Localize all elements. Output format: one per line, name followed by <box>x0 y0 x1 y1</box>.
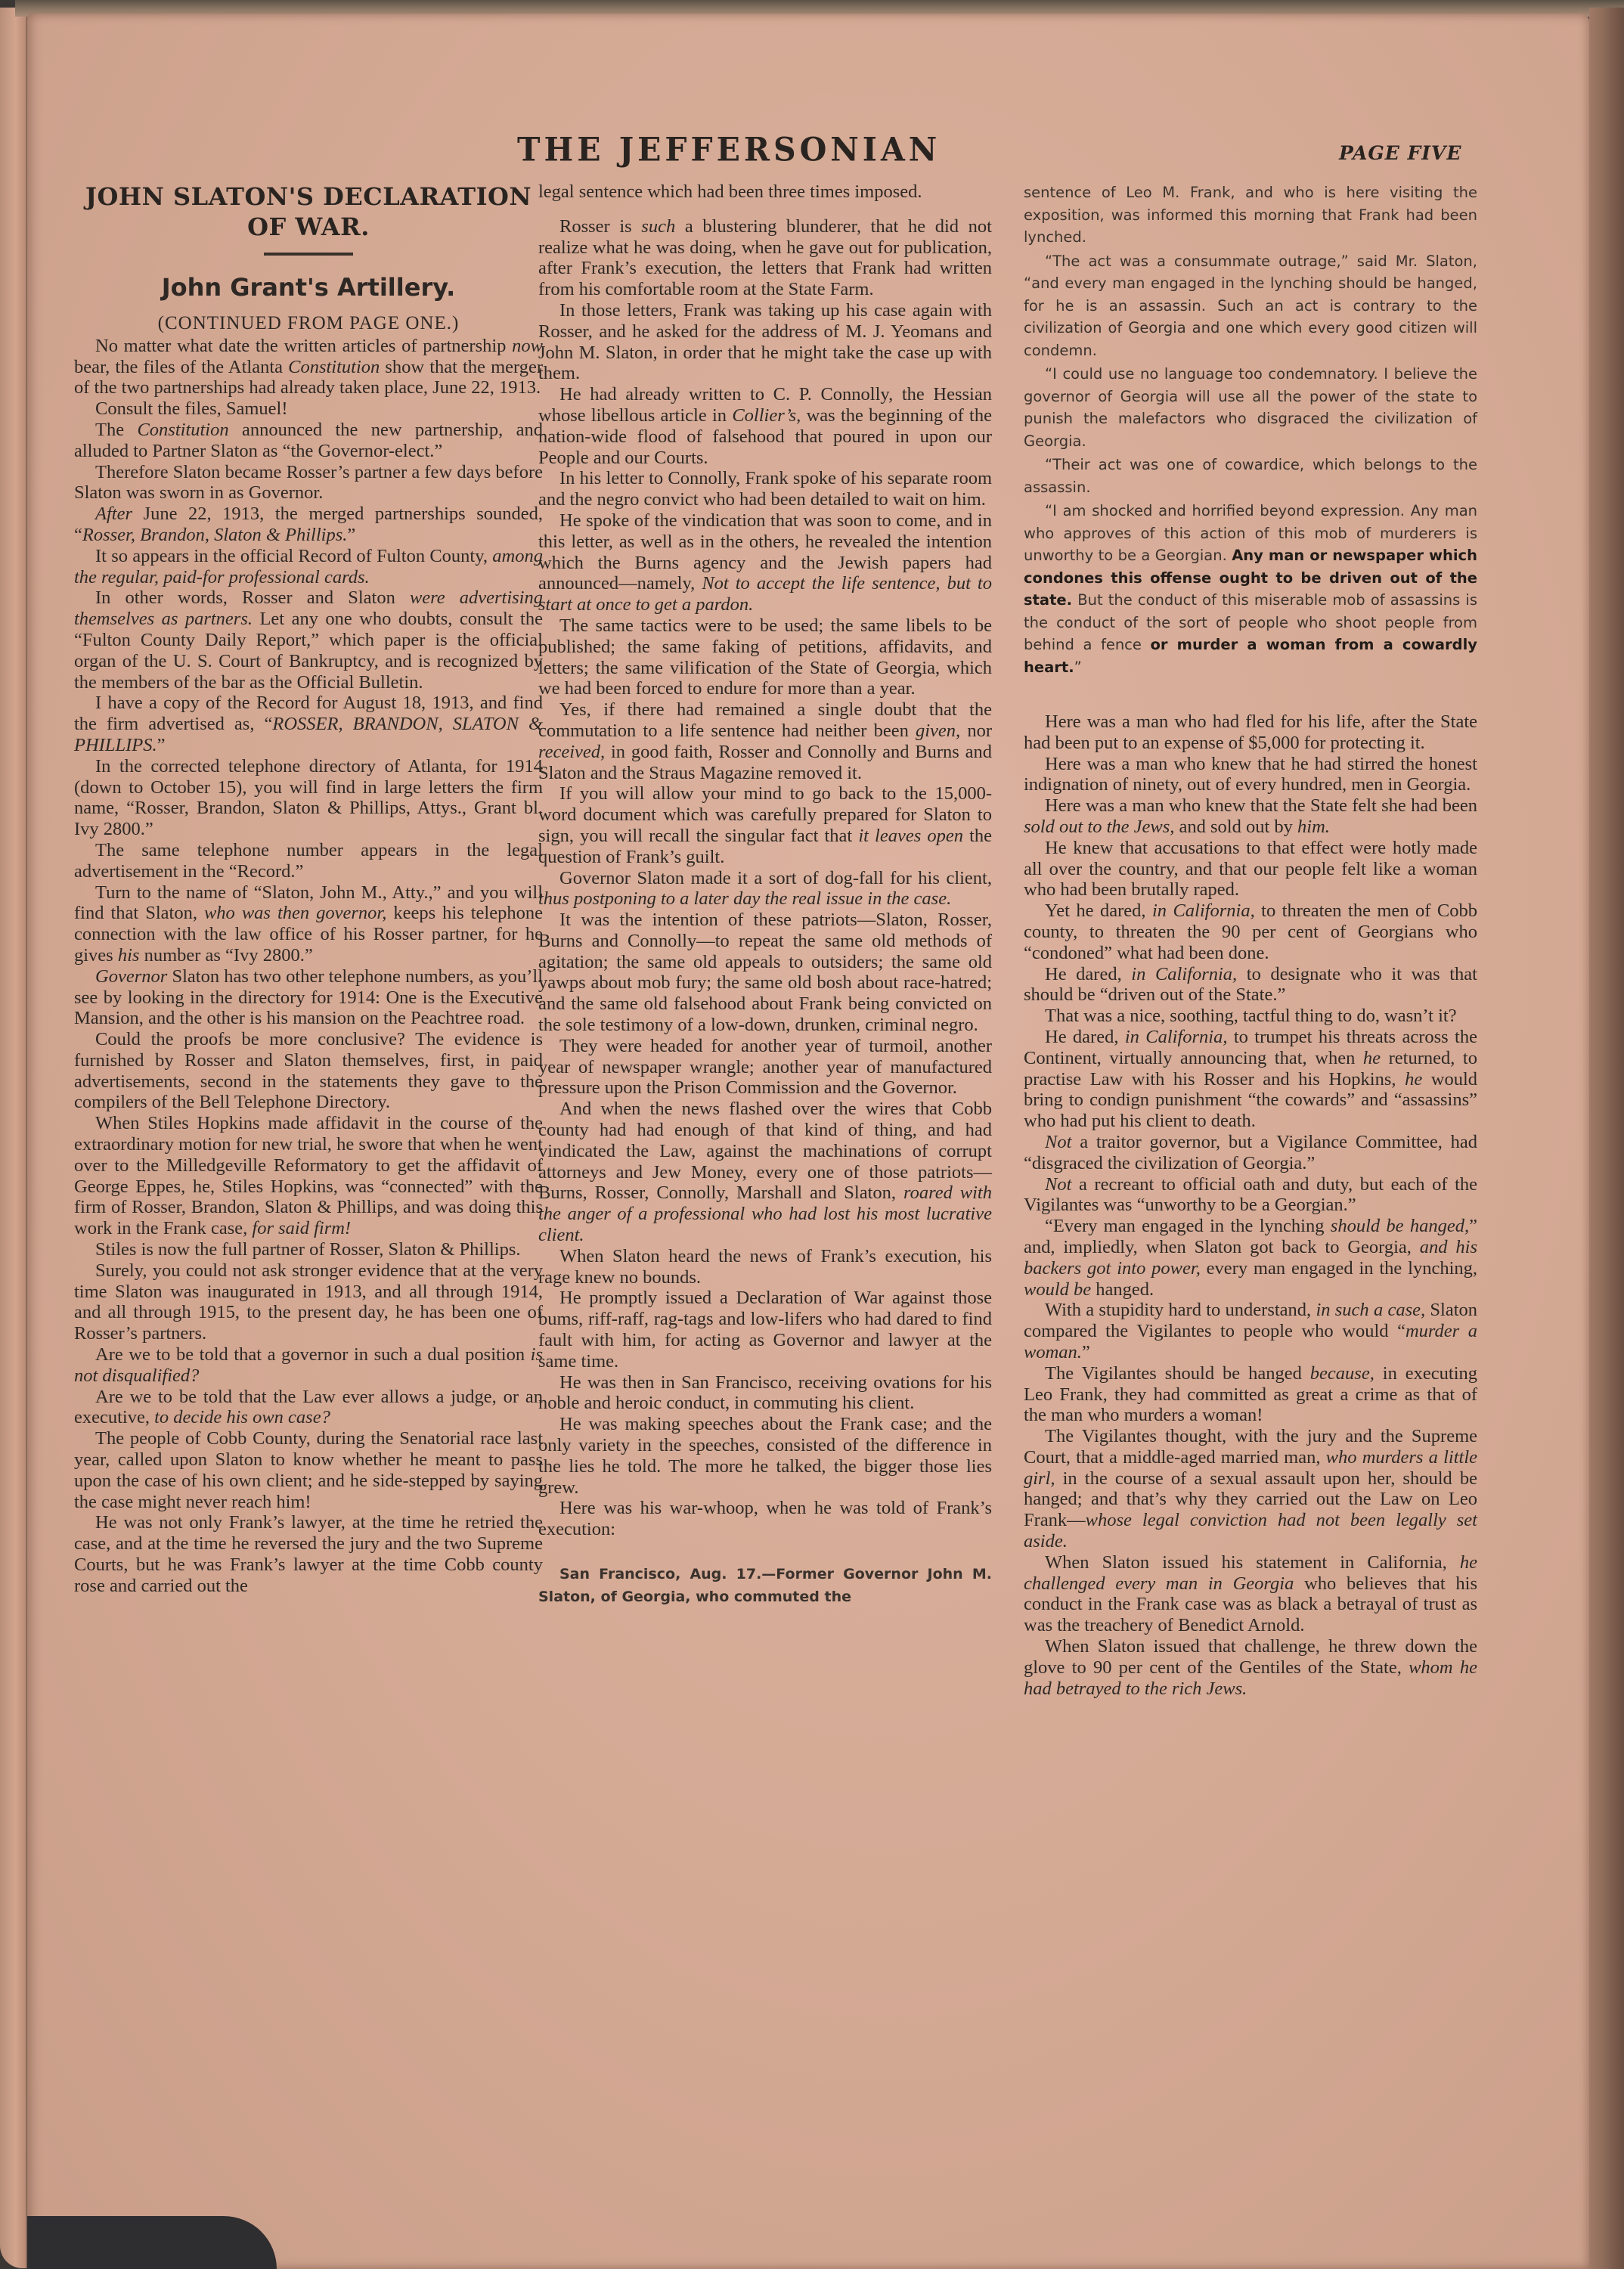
text-run: “The act was a consummate outrage,” said… <box>1024 253 1477 359</box>
text-run: It so appears in the official Record of … <box>95 546 492 566</box>
paragraph: “Every man engaged in the lynching shoul… <box>1024 1216 1477 1300</box>
text-run: The Vigilantes should be hanged <box>1045 1363 1310 1384</box>
text-run: number as “Ivy 2800.” <box>139 945 312 966</box>
paragraph: Stiles is now the full partner of Rosser… <box>74 1239 543 1260</box>
italic-text: his <box>118 945 140 966</box>
text-run: Here was a man who knew that the State f… <box>1045 795 1477 816</box>
text-run: The <box>95 420 137 440</box>
paragraph: It was the intention of these patriots—S… <box>538 910 992 1036</box>
paragraph: “The act was a consummate outrage,” said… <box>1024 250 1477 362</box>
text-run: bear, the files of the Atlanta <box>74 357 288 377</box>
paragraph: Consult the files, Samuel! <box>74 398 543 420</box>
masthead: THE JEFFERSONIAN PAGE FIVE <box>27 127 1589 172</box>
text-run: ” <box>157 735 166 755</box>
paragraph: Surely, you could not ask stronger evide… <box>74 1260 543 1344</box>
paragraph: He was then in San Francisco, receiving … <box>538 1372 992 1415</box>
text-run: Could the proofs be more conclusive? The… <box>74 1029 543 1112</box>
column-left: JOHN SLATON'S DECLARATION OF WAR. John G… <box>74 181 543 1597</box>
paragraph: He was not only Frank’s lawyer, at the t… <box>74 1512 543 1596</box>
paragraph: When Slaton issued his statement in Cali… <box>1024 1552 1477 1636</box>
text-run: He promptly issued a Declaration of War … <box>538 1288 992 1371</box>
text-run: Yet he dared, <box>1045 900 1152 921</box>
paragraph: The Vigilantes should be hanged because,… <box>1024 1363 1477 1426</box>
paragraph: When Slaton issued that challenge, he th… <box>1024 1636 1477 1699</box>
paragraph: They were headed for another year of tur… <box>538 1036 992 1099</box>
paragraph: Are we to be told that the Law ever allo… <box>74 1387 543 1429</box>
paragraph: The same telephone number appears in the… <box>74 840 543 882</box>
text-run: No matter what date the written articles… <box>95 336 512 356</box>
text-run: In those letters, Frank was taking up hi… <box>538 300 992 383</box>
italic-text: would be <box>1024 1279 1091 1300</box>
paragraph: He dared, in California, to trumpet his … <box>1024 1027 1477 1132</box>
text-run: every man engaged in the lynching, <box>1201 1258 1477 1279</box>
paragraph: The Vigilantes thought, with the jury an… <box>1024 1426 1477 1552</box>
italic-text: in California, <box>1152 900 1255 921</box>
newspaper-page: THE JEFFERSONIAN PAGE FIVE JOHN SLATON'S… <box>27 14 1589 2269</box>
italic-text: After <box>95 504 132 524</box>
paragraph: The Constitution announced the new partn… <box>74 420 543 462</box>
text-run: He dared, <box>1045 964 1131 984</box>
text-run: When Slaton issued his statement in Cali… <box>1045 1552 1460 1573</box>
paragraph: He promptly issued a Declaration of War … <box>538 1288 992 1372</box>
text-run: Here was a man who knew that he had stir… <box>1024 754 1477 795</box>
italic-text: to decide his own case? <box>154 1407 330 1427</box>
column-middle: legal sentence which had been three time… <box>538 181 992 1608</box>
text-run: nor <box>960 721 992 741</box>
text-run: The same tactics were to be used; the sa… <box>538 615 992 699</box>
paragraph: Here was a man who knew that he had stir… <box>1024 754 1477 796</box>
text-run: “I could use no language too condemnator… <box>1024 365 1477 450</box>
italic-text: whose legal conviction had not been lega… <box>1024 1510 1477 1551</box>
italic-text: should be hanged, <box>1331 1216 1469 1236</box>
paragraph: With a stupidity hard to understand, in … <box>1024 1300 1477 1362</box>
page-number-label: PAGE FIVE <box>1339 142 1461 164</box>
paragraph: Therefore Slaton became Rosser’s partner… <box>74 462 543 504</box>
text-run: Governor Slaton made it a sort of dog-fa… <box>559 868 992 888</box>
paragraph: He was making speeches about the Frank c… <box>538 1414 992 1498</box>
italic-text: Constitution <box>137 420 228 440</box>
slaton-statement-quote: sentence of Leo M. Frank, and who is her… <box>1024 181 1477 678</box>
italic-text: Governor <box>95 966 167 987</box>
text-run: Rosser is <box>559 216 641 237</box>
previous-page-edge <box>0 8 27 2268</box>
headline-rule <box>264 253 353 256</box>
italic-text: him. <box>1297 817 1330 837</box>
text-run: They were headed for another year of tur… <box>538 1036 992 1099</box>
paragraph: The people of Cobb County, during the Se… <box>74 1428 543 1512</box>
italic-text: for said firm! <box>252 1218 351 1238</box>
text-run: He knew that accusations to that effect … <box>1024 838 1477 900</box>
paragraph: When Stiles Hopkins made affidavit in th… <box>74 1113 543 1239</box>
text-run: Stiles is now the full partner of Rosser… <box>95 1239 521 1260</box>
text-run: He was then in San Francisco, receiving … <box>538 1372 992 1414</box>
text-run: He dared, <box>1045 1027 1125 1047</box>
text-run: legal sentence which had been three time… <box>538 181 922 202</box>
text-run: hanged. <box>1091 1279 1154 1300</box>
paragraph: He dared, in California, to designate wh… <box>1024 964 1477 1006</box>
paragraph: That was a nice, soothing, tactful thing… <box>1024 1006 1477 1027</box>
italic-text: given, <box>916 721 960 741</box>
italic-text: Rosser, Brandon, Slaton & Phillips. <box>82 525 348 545</box>
italic-text: in such a case, <box>1316 1300 1425 1320</box>
italic-text: received, <box>538 742 605 762</box>
paragraph: Here was a man who knew that the State f… <box>1024 795 1477 838</box>
text-run: Are we to be told that a governor in suc… <box>95 1344 531 1365</box>
italic-text: sold out to the Jews, <box>1024 817 1174 837</box>
paragraph: Here was his war-whoop, when he was told… <box>538 1498 992 1540</box>
text-run: The people of Cobb County, during the Se… <box>74 1428 543 1511</box>
article-headline: JOHN SLATON'S DECLARATION OF WAR. <box>74 181 543 242</box>
text-run: In other words, Rosser and Slaton <box>95 587 410 608</box>
paragraph: When Slaton heard the news of Frank’s ex… <box>538 1246 992 1288</box>
text-run: “Their act was one of cowardice, which b… <box>1024 456 1477 496</box>
text-run: ” <box>1082 1342 1090 1362</box>
paragraph: Are we to be told that a governor in suc… <box>74 1344 543 1387</box>
paragraph: Here was a man who had fled for his life… <box>1024 711 1477 754</box>
newspaper-title: THE JEFFERSONIAN <box>517 131 941 169</box>
paragraph: No matter what date the written articles… <box>74 336 543 398</box>
text-run: San Francisco, Aug. 17.—Former Governor … <box>538 1566 992 1605</box>
text-run: sentence of Leo M. Frank, and who is her… <box>1024 184 1477 246</box>
paragraph: He knew that accusations to that effect … <box>1024 838 1477 900</box>
paragraph: Turn to the name of “Slaton, John M., At… <box>74 882 543 966</box>
italic-text: in California, <box>1131 964 1237 984</box>
paragraph: Yet he dared, in California, to threaten… <box>1024 900 1477 963</box>
italic-text: who was then governor, <box>204 903 386 923</box>
italic-text: Collier’s, <box>732 405 801 426</box>
paragraph: sentence of Leo M. Frank, and who is her… <box>1024 181 1477 249</box>
paragraph: In those letters, Frank was taking up hi… <box>538 300 992 384</box>
dispatch-dateline: San Francisco, Aug. 17.—Former Governor … <box>538 1563 992 1608</box>
text-run: That was a nice, soothing, tactful thing… <box>1045 1006 1457 1026</box>
paragraph: The same tactics were to be used; the sa… <box>538 615 992 699</box>
italic-text: Constitution <box>288 357 380 377</box>
binding-shadow <box>27 2216 277 2269</box>
text-run: In his letter to Connolly, Frank spoke o… <box>538 468 992 510</box>
text-run: a recreant to official oath and duty, bu… <box>1024 1174 1477 1216</box>
paragraph: Governor Slaton made it a sort of dog-fa… <box>538 868 992 910</box>
paragraph: And when the news flashed over the wires… <box>538 1099 992 1246</box>
italic-text: it leaves open <box>858 826 963 846</box>
paragraph: Not a traitor governor, but a Vigilance … <box>1024 1132 1477 1174</box>
text-run: It was the intention of these patriots—S… <box>538 910 992 1035</box>
paragraph: He had already written to C. P. Connolly… <box>538 384 992 468</box>
italic-text: Not <box>1045 1132 1071 1152</box>
paragraph: legal sentence which had been three time… <box>538 181 992 203</box>
continued-note: (CONTINUED FROM PAGE ONE.) <box>74 313 543 334</box>
text-run: When Slaton heard the news of Frank’s ex… <box>538 1246 992 1288</box>
paragraph: “I am shocked and horrified beyond expre… <box>1024 500 1477 678</box>
text-run: Here was a man who had fled for his life… <box>1024 711 1477 753</box>
paragraph: It so appears in the official Record of … <box>74 546 543 588</box>
paragraph: “Their act was one of cowardice, which b… <box>1024 454 1477 498</box>
text-run: In the corrected telephone directory of … <box>74 756 543 839</box>
article-subhead: John Grant's Artillery. <box>74 272 543 302</box>
paragraph: If you will allow your mind to go back t… <box>538 783 992 867</box>
text-run: ” <box>347 525 355 545</box>
text-run: and sold out by <box>1174 817 1297 837</box>
paragraph: Could the proofs be more conclusive? The… <box>74 1029 543 1113</box>
text-run: The same telephone number appears in the… <box>74 840 543 882</box>
text-run: Here was his war-whoop, when he was told… <box>538 1498 992 1539</box>
paragraph: “I could use no language too condemnator… <box>1024 363 1477 452</box>
paragraph: Rosser is such a blustering blunderer, t… <box>538 216 992 300</box>
paragraph: I have a copy of the Record for August 1… <box>74 693 543 755</box>
text-run: ” <box>1074 659 1082 676</box>
text-run: He was making speeches about the Frank c… <box>538 1414 992 1497</box>
paragraph: He spoke of the vindication that was soo… <box>538 510 992 615</box>
text-run: He was not only Frank’s lawyer, at the t… <box>74 1512 543 1595</box>
text-run: in good faith, Rosser and Connolly and B… <box>538 742 992 783</box>
paragraph: In the corrected telephone directory of … <box>74 756 543 840</box>
italic-text: thus postponing to a later day the real … <box>538 888 951 909</box>
paragraph: Not a recreant to official oath and duty… <box>1024 1174 1477 1217</box>
text-run: a traitor governor, but a Vigilance Comm… <box>1024 1132 1477 1173</box>
text-run: “Every man engaged in the lynching <box>1045 1216 1331 1236</box>
paragraph: In his letter to Connolly, Frank spoke o… <box>538 468 992 510</box>
left-paragraphs: No matter what date the written articles… <box>74 336 543 1597</box>
text-run: Consult the files, Samuel! <box>95 398 288 419</box>
column-right: sentence of Leo M. Frank, and who is her… <box>1024 181 1477 1699</box>
text-run: Therefore Slaton became Rosser’s partner… <box>74 462 543 504</box>
paragraph: Yes, if there had remained a single doub… <box>538 699 992 783</box>
text-run: Surely, you could not ask stronger evide… <box>74 1260 543 1344</box>
middle-paragraphs: legal sentence which had been three time… <box>538 181 992 1540</box>
italic-text: such <box>641 216 675 237</box>
italic-text: he <box>1405 1069 1422 1090</box>
paragraph: Governor Slaton has two other telephone … <box>74 966 543 1029</box>
italic-text: because, <box>1310 1363 1375 1384</box>
italic-text: in California, <box>1125 1027 1228 1047</box>
italic-text: he <box>1363 1048 1381 1068</box>
right-paragraphs: Here was a man who had fled for his life… <box>1024 711 1477 1699</box>
paragraph: After June 22, 1913, the merged partners… <box>74 504 543 546</box>
italic-text: Not <box>1045 1174 1071 1195</box>
book-page-stack-edge <box>1589 8 1624 2269</box>
text-run: With a stupidity hard to understand, <box>1045 1300 1316 1320</box>
paragraph: In other words, Rosser and Slaton were a… <box>74 587 543 693</box>
section-spacer <box>1024 680 1477 711</box>
